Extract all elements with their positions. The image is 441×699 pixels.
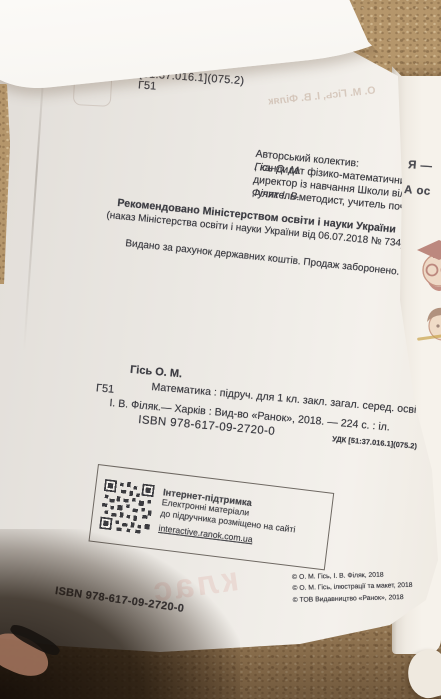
catalog-code: Г51: [96, 382, 115, 396]
copyright-block: © О. М. Гісь, І. В. Філяк, 2018 © О. М. …: [292, 569, 413, 606]
next-page-text-fragment: Я —: [408, 159, 433, 173]
udk-author-code: Г51: [138, 79, 157, 92]
professor-illustration: [409, 234, 441, 296]
page-crease: [23, 52, 46, 351]
book-photo: Я — А ос О. М. Гісь, І. В. Філяк клас УД…: [0, 0, 441, 699]
qr-code-icon: [99, 479, 155, 535]
next-page-text-fragment: А ос: [404, 184, 432, 198]
author-team-block: Авторський колектив: Гісь О. М., кандида…: [88, 132, 420, 202]
udk-classification-right: УДК [51:37.016.1](075.2): [332, 434, 418, 450]
showthrough-text: О. М. Гісь, І. В. Філяк: [268, 84, 376, 107]
catalog-author: Гісь О. М.: [130, 364, 183, 380]
copyright-line: © ТОВ Видавництво «Ранок», 2018: [293, 592, 413, 607]
